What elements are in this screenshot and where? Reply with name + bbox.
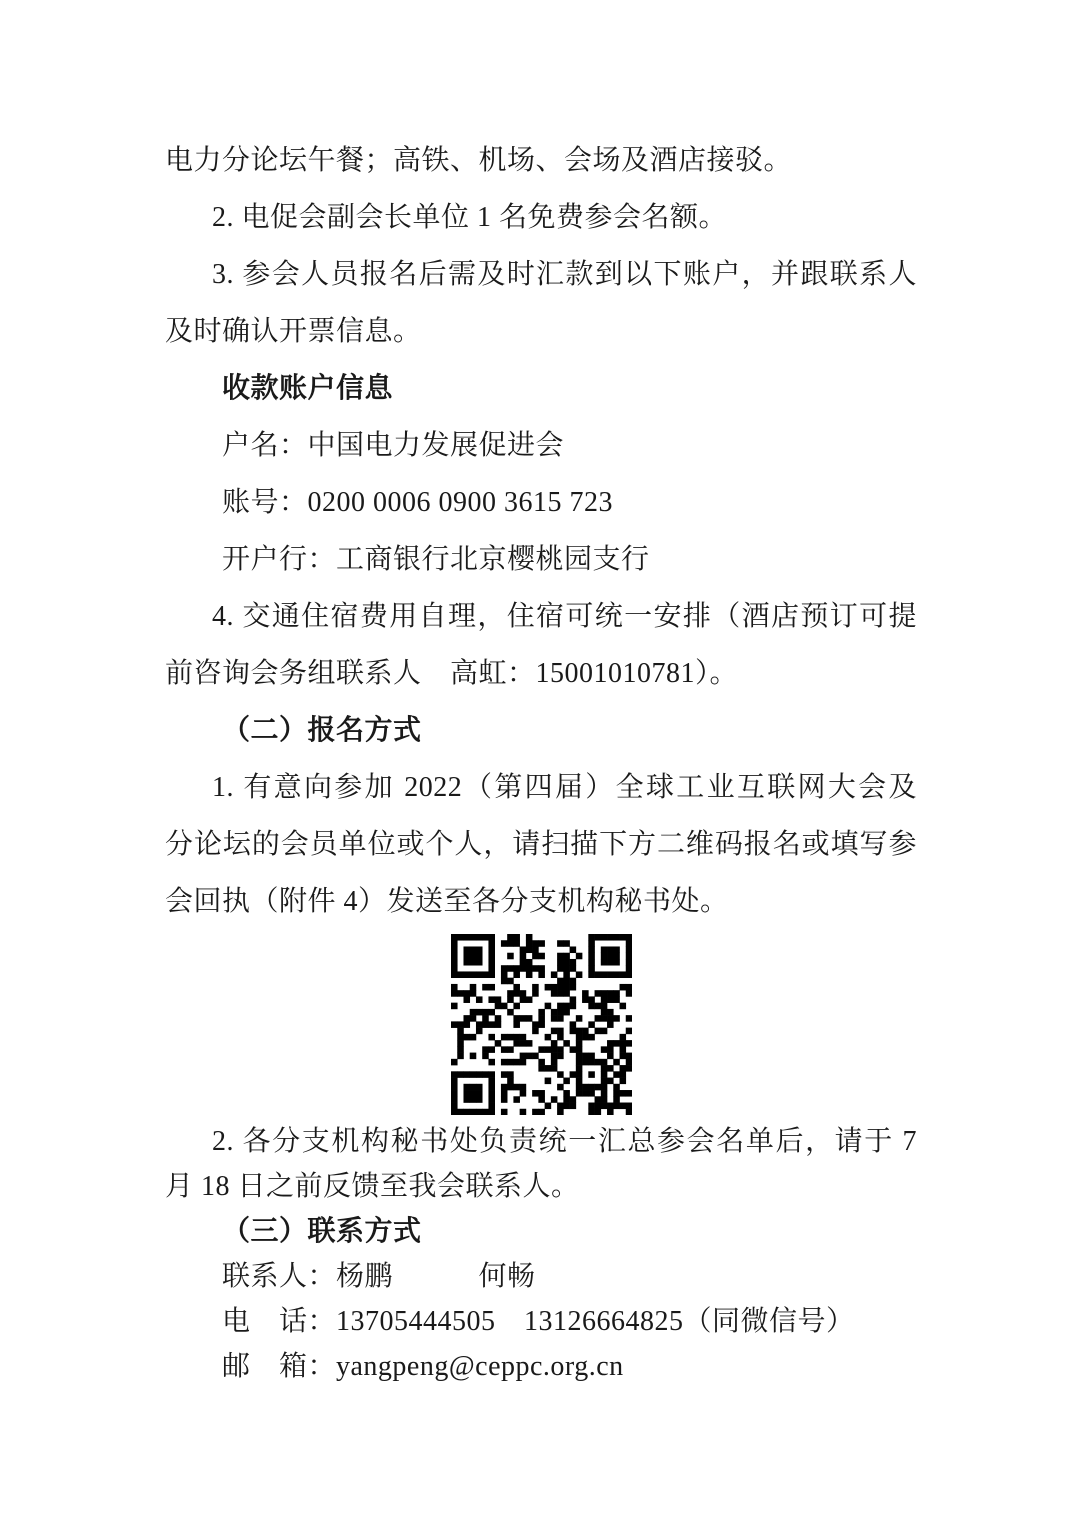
para-registration-3: 会回执（附件 4）发送至各分支机构秘书处。 <box>165 873 917 930</box>
contact-email-line: 邮 箱：yangpeng@ceppc.org.cn <box>165 1344 917 1389</box>
para-free-quota: 2. 电促会副会长单位 1 名免费参会名额。 <box>165 189 917 246</box>
document-page: 电力分论坛午餐；高铁、机场、会场及酒店接驳。 2. 电促会副会长单位 1 名免费… <box>0 0 1080 1527</box>
qr-code-block <box>165 930 917 1119</box>
para-accommodation-2: 前咨询会务组联系人 高虹：15001010781）。 <box>165 645 917 702</box>
para-registration-2: 分论坛的会员单位或个人，请扫描下方二维码报名或填写参 <box>165 816 917 873</box>
section-contact-heading: （三）联系方式 <box>165 1209 917 1254</box>
para-registration-1: 1. 有意向参加 2022（第四届）全球工业互联网大会及 <box>165 759 917 816</box>
contact-phones-line: 电 话：13705444505 13126664825（同微信号） <box>165 1299 917 1344</box>
account-info-heading: 收款账户信息 <box>165 360 917 417</box>
account-number-line: 账号：0200 0006 0900 3615 723 <box>165 474 917 531</box>
section-registration-heading: （二）报名方式 <box>165 702 917 759</box>
para-roster-deadline-1: 2. 各分支机构秘书处负责统一汇总参会名单后，请于 7 <box>165 1119 917 1164</box>
para-remittance-2: 及时确认开票信息。 <box>165 303 917 360</box>
account-holder-line: 户名：中国电力发展促进会 <box>165 417 917 474</box>
bank-branch-line: 开户行：工商银行北京樱桃园支行 <box>165 531 917 588</box>
para-accommodation-1: 4. 交通住宿费用自理，住宿可统一安排（酒店预订可提 <box>165 588 917 645</box>
para-remittance-1: 3. 参会人员报名后需及时汇款到以下账户，并跟联系人 <box>165 246 917 303</box>
para-roster-deadline-2: 月 18 日之前反馈至我会联系人。 <box>165 1164 917 1209</box>
contact-names-line: 联系人：杨鹏 何畅 <box>165 1254 917 1299</box>
para-lunch-shuttle: 电力分论坛午餐；高铁、机场、会场及酒店接驳。 <box>165 132 917 189</box>
registration-qr-code <box>451 934 632 1115</box>
